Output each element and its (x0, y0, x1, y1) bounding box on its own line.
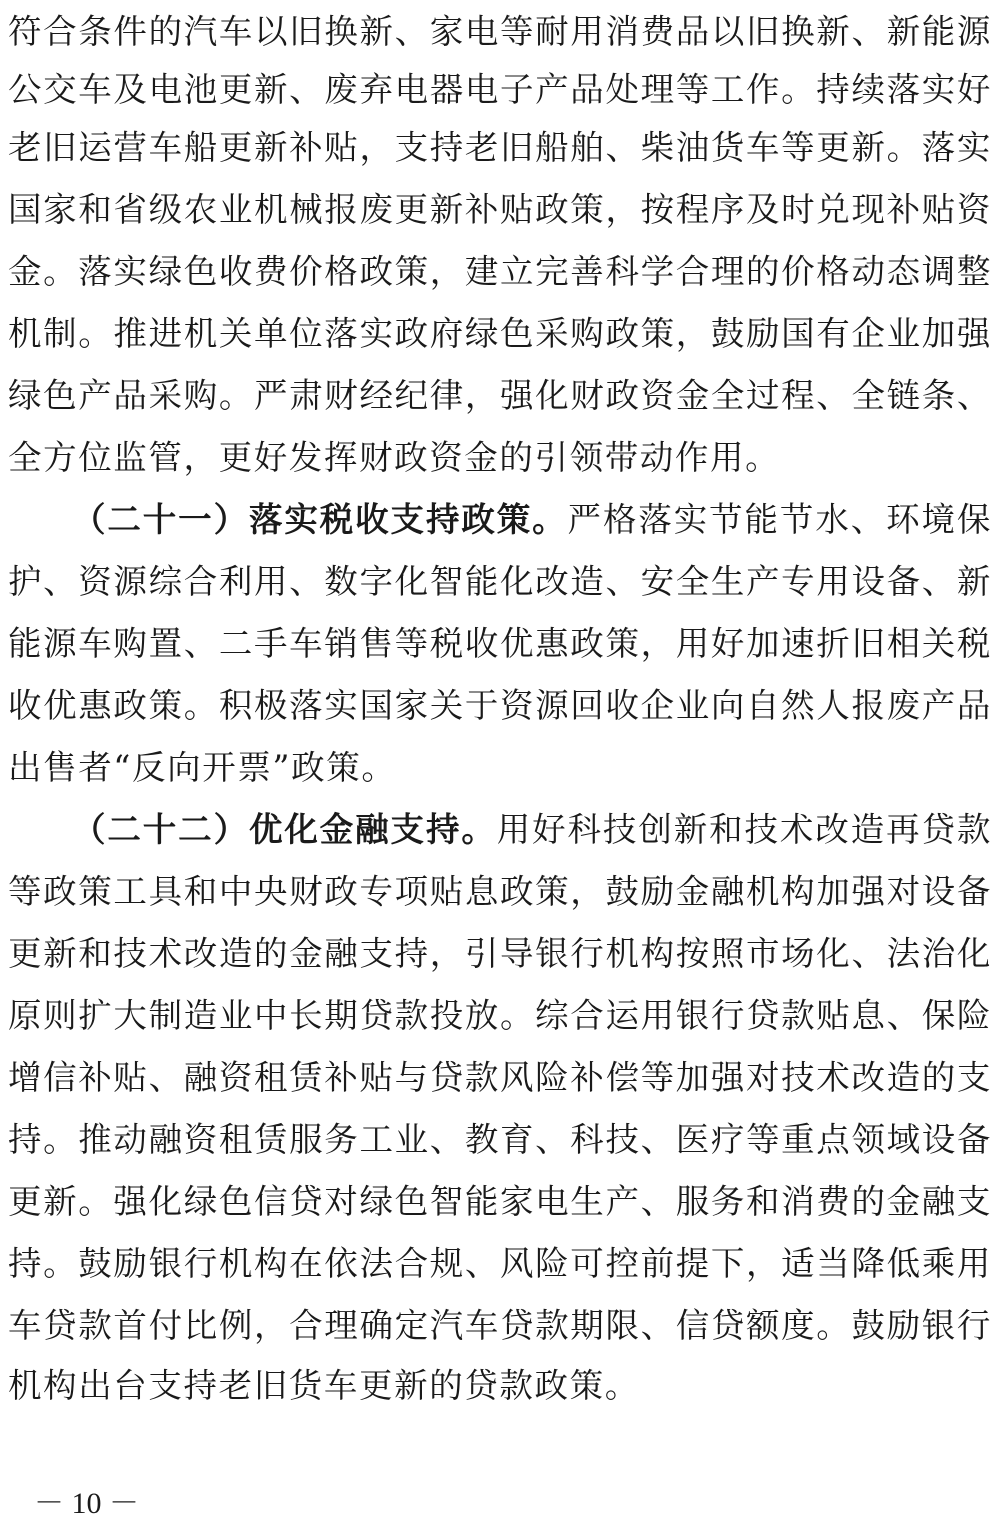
text-line: 符合条件的汽车以旧换新、家电等耐用消费品以旧换新、新能源 (8, 12, 992, 52)
text-line: 持。鼓励银行机构在依法合规、风险可控前提下，适当降低乘用 (8, 1244, 992, 1284)
text-line: 机制。推进机关单位落实政府绿色采购政策，鼓励国有企业加强 (8, 314, 992, 354)
text-line: 更新。强化绿色信贷对绿色智能家电生产、服务和消费的金融支 (8, 1182, 992, 1222)
section-heading-22: （二十二）优化金融支持。 (72, 810, 497, 849)
text-line: 老旧运营车船更新补贴，支持老旧船舶、柴油货车等更新。落实 (8, 128, 992, 168)
text-line: 原则扩大制造业中长期贷款投放。综合运用银行贷款贴息、保险 (8, 996, 992, 1036)
text-line: 能源车购置、二手车销售等税收优惠政策，用好加速折旧相关税 (8, 624, 992, 664)
text-line: 护、资源综合利用、数字化智能化改造、安全生产专用设备、新 (8, 562, 992, 602)
text-line: 机构出台支持老旧货车更新的贷款政策。 (8, 1366, 992, 1406)
text-line: 全方位监管，更好发挥财政资金的引领带动作用。 (8, 438, 992, 478)
text-line: 持。推动融资租赁服务工业、教育、科技、医疗等重点领域设备 (8, 1120, 992, 1160)
text-line: 国家和省级农业机械报废更新补贴政策，按程序及时兑现补贴资 (8, 190, 992, 230)
page-number: － 10 － (34, 1486, 139, 1521)
text-line: 绿色产品采购。严肃财经纪律，强化财政资金全过程、全链条、 (8, 376, 992, 416)
text-line: 金。落实绿色收费价格政策，建立完善科学合理的价格动态调整 (8, 252, 992, 292)
text-span: 用好科技创新和技术改造再贷款 (497, 810, 992, 849)
section-heading-21: （二十一）落实税收支持政策。 (72, 500, 568, 539)
section-22-first-line: （二十二）优化金融支持。用好科技创新和技术改造再贷款 (72, 810, 992, 850)
document-page: 符合条件的汽车以旧换新、家电等耐用消费品以旧换新、新能源 公交车及电池更新、废弃… (0, 0, 1000, 1521)
text-line: 收优惠政策。积极落实国家关于资源回收企业向自然人报废产品 (8, 686, 992, 726)
text-line: 增信补贴、融资租赁补贴与贷款风险补偿等加强对技术改造的支 (8, 1058, 992, 1098)
text-line: 公交车及电池更新、废弃电器电子产品处理等工作。持续落实好 (8, 70, 992, 110)
text-line: 出售者“反向开票”政策。 (8, 748, 992, 788)
text-line: 等政策工具和中央财政专项贴息政策，鼓励金融机构加强对设备 (8, 872, 992, 912)
text-line: 更新和技术改造的金融支持，引导银行机构按照市场化、法治化 (8, 934, 992, 974)
text-line: 车贷款首付比例，合理确定汽车贷款期限、信贷额度。鼓励银行 (8, 1306, 992, 1346)
section-21-first-line: （二十一）落实税收支持政策。严格落实节能节水、环境保 (72, 500, 992, 540)
text-span: 严格落实节能节水、环境保 (568, 500, 992, 539)
